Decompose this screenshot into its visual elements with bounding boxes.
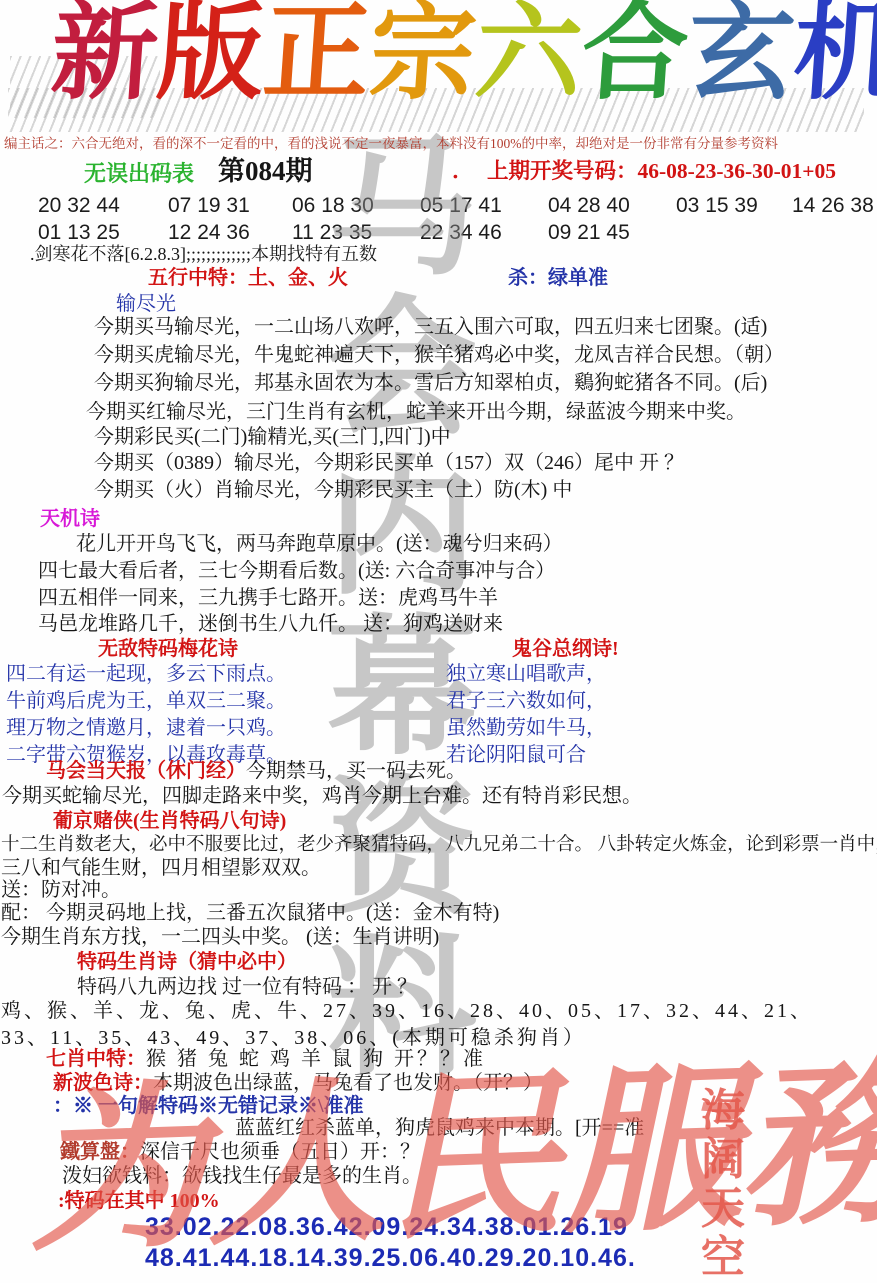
tiesuanpan-label: 鐵算盤： [60,1141,140,1163]
masthead-dot: ． [452,158,474,183]
code-group: 07 19 31 [168,194,250,218]
snake-line: 今期买蛇输尽光，四脚走路来中奖，鸡肖今期上台难。还有特肖彩民想。 [2,785,642,808]
code-table-label: 无误出码表 [84,161,194,186]
watermark-char: 会 [327,288,477,448]
tema-line: 特码八九两边找 过一位有特码 ： 开 ？ [77,976,417,999]
poem-line: 虽然勤劳如牛马， [446,717,606,740]
yiju-line: ：※ 一句解特码※无错记录※\准准 [53,1095,364,1118]
poem-line: 三八和气能生财，四月相望影双双。 [1,857,321,880]
bottom-number-row: 48.41.44.18.14.39.25.06.40.29.20.10.46. [145,1244,636,1273]
mahui-text: 今期禁马，买一码去死。 [246,760,466,782]
title-char: 版 [154,0,268,111]
kill-label: 杀：绿单准 [508,267,608,290]
tiesuanpan-text: 深信千尺也须垂（五日）开：？ [140,1141,420,1163]
poem-line: 今期彩民买(二门)输精光,买(三门,四门)中 [94,426,451,449]
mahui-line: 马会当天报（休门经）今期禁马，买一码去死。 [46,760,466,783]
pujing-heading: 葡京赌侠(生肖特码八句诗) [53,810,286,833]
poem-line: 四五相伴一同来，三九携手七路开。送：虎鸡马牛羊 [38,587,498,610]
poem-line: 君子三六数如何， [446,690,606,713]
tiesuanpan-line: 鐵算盤：深信千尺也须垂（五日）开：？ [60,1141,420,1164]
watermark-char: 天 [701,1184,745,1233]
code-group: 11 23 35 [292,221,372,245]
code-group: 01 13 25 [38,221,120,245]
tianji-heading: 天机诗 [40,508,100,531]
title-char: 宗 [366,0,480,111]
poem-line: 若论阴阳鼠可合 [446,744,586,767]
guigu-title: 鬼谷总纲诗! [512,638,619,661]
title-char: 机 [790,0,877,111]
page-title: 新 版 正 宗 六 合 玄 机 料 [0,0,877,111]
code-group: 06 18 30 [292,194,374,218]
poem-line: 四二有运一起现，多云下雨点。 [6,663,286,686]
code-group: 20 32 44 [38,194,120,218]
red-side-watermark: 海 阔 天 空 [697,1086,749,1282]
pei-line: 配： 今期灵码地上找，三番五次鼠猪中。(送：金木有特) [1,902,499,925]
code-group: 09 21 45 [548,221,630,245]
poem-line: 独立寒山唱歌声， [446,663,606,686]
tema-heading: 特码生肖诗（猜中必中） [77,951,297,974]
mahui-label: 马会当天报（休门经） [46,760,246,782]
dongfang-line: 今期生肖东方找，一二四头中奖。 (送：生肖讲明) [1,926,439,949]
poem-line: 理万物之情邀月，逮着一只鸡。 [6,717,286,740]
poem-line: 今期买狗输尽光，邦基永固农为本。雪后方知翠柏贞，鷄狗蛇猪各不同。(后) [94,372,767,395]
code-group: 12 24 36 [168,221,250,245]
five-elements-label: 五行中特：土、金、火 [148,267,348,290]
shujinguang-heading: 输尽光 [116,293,176,316]
title-char: 合 [578,0,692,111]
watermark-char: 務 [736,1047,877,1243]
code-group: 22 34 46 [420,221,502,245]
watermark-char: 海 [701,1086,745,1135]
qixiao-label: 七肖中特： [46,1048,146,1070]
poem-line: 牛前鸡后虎为王，单双三二聚。 [6,690,286,713]
poem-line: 十二生肖数老大，必中不服要比过，老少齐聚猜特码，八九兄弟二十合。 八卦转定火炼金… [1,835,877,856]
poem-line: 今期买（火）肖输尽光，今期彩民买主（土）防(木) 中 [94,479,572,502]
bottom-number-row: 33.02.22.08.36.42.09.24.34.38.01.26.19 [145,1213,628,1242]
qixiao-text: 猴 猪 兔 蛇 鸡 羊 鼠 狗 开？？准 [146,1048,486,1070]
zodiac-numbers-line: 33、11、35、43、49、37、38、06、(本期可稳杀狗肖） [1,1027,586,1050]
poem-line: 今期买红输尽光，三门生肖有玄机，蛇羊来开出今期，绿蓝波今期来中奖。 [86,401,746,424]
bose-text: 本期波色出绿蓝，马兔看了也发财。（开？） [153,1072,543,1094]
code-group: 03 15 39 [676,194,758,218]
watermark-char: 空 [701,1233,745,1282]
lottery-tip-sheet: 新 版 正 宗 六 合 玄 机 料 马 会 内 幕 资 料 编主话之：六合无绝对… [0,0,877,1283]
poem-line: 马邑龙堆路几千，迷倒书生八九仟。 送：狗鸡送财来 [38,613,503,636]
watermark-char: 阔 [701,1135,745,1184]
bose-label: 新波色诗： [53,1072,153,1094]
code-group: 04 28 40 [548,194,630,218]
code-group: 05 17 41 [420,194,502,218]
tema100-line: :特码在其中 100% [58,1190,220,1213]
lanlan-line: 蓝蓝红红杀蓝单，狗虎鼠鸡来中本期。[开==准 [235,1117,644,1140]
code-group: 14 26 38 [792,194,874,218]
issue-number: 第084期 [218,156,313,187]
bose-line: 新波色诗：本期波色出绿蓝，马兔看了也发财。（开？） [53,1072,543,1095]
poem-line: 四七最大看后者，三七今期看后数。(送: 六合奇事冲与合） [38,560,555,583]
poem-line: 今期买（0389）输尽光，今期彩民买单（157）双（246）尾中 开 ？ [94,452,684,475]
title-char: 正 [260,0,374,111]
poem-line: 花儿开开鸟飞飞，两马奔跑草原中。(送：魂兮归来码） [76,533,563,556]
title-char: 玄 [684,0,798,111]
poem-line: 今期买马输尽光，一二山场八欢呼，三五入围六可取，四五归来七团聚。(适) [94,316,767,339]
title-char: 六 [472,0,586,111]
last-draw-numbers: 上期开奖号码：46-08-23-36-30-01+05 [487,159,836,184]
sword-line: .剑寒花不落[6.2.8.3];;;;;;;;;;;;;本期找特有五数 [30,244,377,265]
editor-note: 编主话之：六合无绝对，看的深不一定看的中，看的浅说不定一夜暴富，本料没有100%… [4,136,778,152]
song-line: 送：防对冲。 [1,879,121,902]
zodiac-numbers-line: 鸡、猴、羊、龙、兔、虎、牛、27、39、16、28、40、05、17、32、44… [1,1000,813,1023]
poem-line: 今期买虎输尽光，牛鬼蛇神遍天下，猴羊猪鸡必中奖，龙凤吉祥合民想。（朝） [94,344,784,367]
meihua-title: 无敌特码梅花诗 [98,638,238,661]
title-char: 新 [48,0,162,111]
pofu-line: 泼妇欲钱料：欲钱找生仔最是多的生肖。 [62,1165,422,1188]
qixiao-line: 七肖中特：猴 猪 兔 蛇 鸡 羊 鼠 狗 开？？准 [46,1048,486,1071]
